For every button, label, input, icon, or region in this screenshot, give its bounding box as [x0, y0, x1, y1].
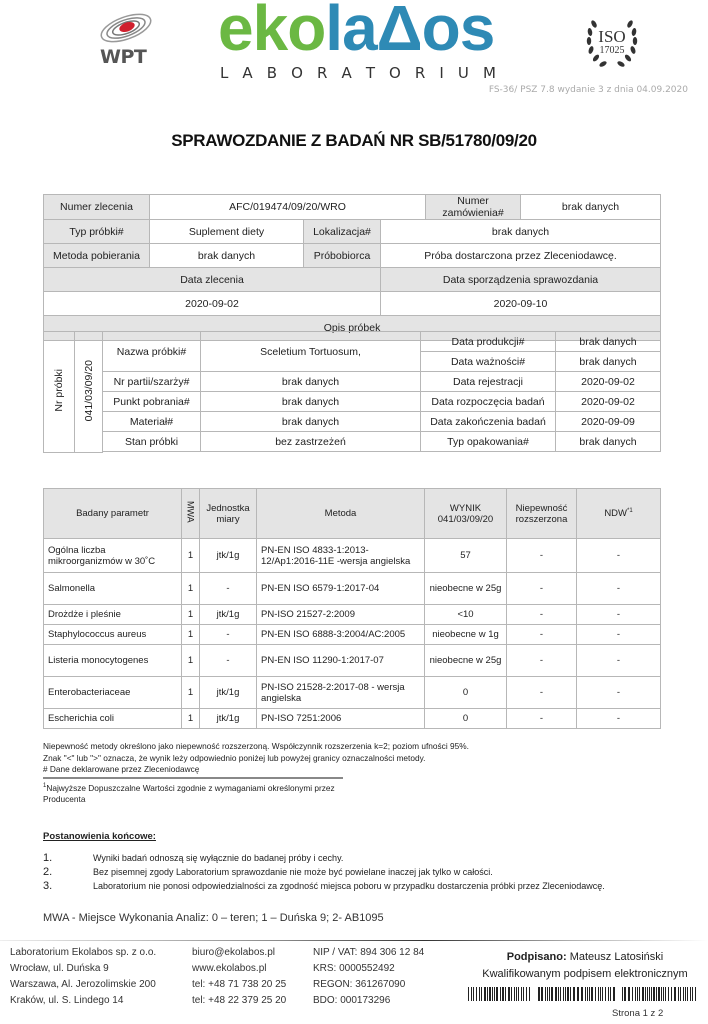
cell-ndw: -: [577, 625, 661, 645]
sampling-method-label: Metoda pobierania: [44, 244, 150, 268]
result-row: Staphylococcus aureus1-PN-EN ISO 6888-3:…: [44, 625, 661, 645]
iso-label: ISO: [582, 27, 642, 47]
order-date-label: Data zlecenia: [44, 268, 381, 292]
purchase-order-number: brak danych: [521, 195, 661, 220]
signature-note: Kwalifikowanym podpisem elektronicznym: [462, 966, 708, 983]
result-row: Drożdże i pleśnie1jtk/1gPN-ISO 21527-2:2…: [44, 605, 661, 625]
packaging-type-label: Typ opakowania#: [421, 432, 556, 452]
provision-number: 2.: [43, 865, 93, 879]
brand-subtitle-letter: R: [317, 64, 327, 82]
cell-result: nieobecne w 1g: [425, 625, 507, 645]
packaging-type: brak danych: [556, 432, 661, 452]
cell-ndw: -: [577, 573, 661, 605]
header-uncertainty: Niepewność rozszerzona: [507, 489, 577, 539]
order-info-table: Numer zlecenia AFC/019474/09/20/WRO Nume…: [43, 194, 661, 341]
footnote-text: Najwyższe Dopuszczalne Wartości zgodnie …: [43, 782, 335, 804]
footer-line: biuro@ekolabos.pl: [192, 945, 286, 961]
provision-number: 3.: [43, 879, 93, 893]
brand-subtitle-letter: B: [267, 64, 277, 82]
brand-subtitle-letter: M: [483, 64, 496, 82]
expiry-date: brak danych: [556, 352, 661, 372]
brand-blue: laΔos: [325, 0, 494, 64]
production-date: brak danych: [556, 332, 661, 352]
final-provisions-list: 1.Wyniki badań odnoszą się wyłącznie do …: [43, 851, 683, 893]
header-unit: Jednostka miary: [200, 489, 257, 539]
cell-parameter: Ogólna liczba mikroorganizmów w 30˚C: [44, 539, 182, 573]
header-ndw-sup: *1: [627, 508, 633, 514]
provision-text: Laboratorium nie ponosi odpowiedzialnośc…: [93, 879, 605, 893]
sample-number: 041/03/09/20: [75, 332, 103, 453]
cell-ndw: -: [577, 539, 661, 573]
results-table: Badany parametr MWA Jednostka miary Meto…: [43, 488, 661, 729]
sampler-label: Próbobiorca: [304, 244, 381, 268]
cell-uncertainty: -: [507, 539, 577, 573]
header-result-title: WYNIK: [450, 503, 481, 514]
cell-parameter: Staphylococcus aureus: [44, 625, 182, 645]
brand-subtitle: LABORATORIUM: [220, 64, 496, 82]
cell-result: 57: [425, 539, 507, 573]
cell-uncertainty: -: [507, 625, 577, 645]
cell-unit: -: [200, 573, 257, 605]
brand-subtitle-letter: L: [220, 64, 228, 82]
production-date-label: Data produkcji#: [421, 332, 556, 352]
sample-name: Sceletium Tortuosum,: [201, 332, 421, 372]
wpt-logo: WPT: [96, 8, 156, 70]
cell-method: PN-EN ISO 11290-1:2017-07: [257, 645, 425, 677]
signature-barcode: [468, 987, 696, 1001]
registration-date: 2020-09-02: [556, 372, 661, 392]
material-label: Materiał#: [103, 412, 201, 432]
cell-method: PN-EN ISO 6579-1:2017-04: [257, 573, 425, 605]
cell-mwa: 1: [182, 709, 200, 729]
order-number: AFC/019474/09/20/WRO: [150, 195, 426, 220]
batch-number: brak danych: [201, 372, 421, 392]
header-mwa: MWA: [182, 489, 200, 539]
batch-number-label: Nr partii/szarży#: [103, 372, 201, 392]
report-date: 2020-09-10: [381, 292, 661, 316]
footer-line: REGON: 361267090: [313, 977, 424, 993]
brand-subtitle-letter: R: [415, 64, 425, 82]
footer-line: NIP / VAT: 894 306 12 84: [313, 945, 424, 961]
sampling-point-label: Punkt pobrania#: [103, 392, 201, 412]
cell-result: 0: [425, 709, 507, 729]
result-row: Listeria monocytogenes1-PN-EN ISO 11290-…: [44, 645, 661, 677]
brand-subtitle-letter: O: [291, 64, 303, 82]
sample-name-label: Nazwa próbki#: [103, 332, 201, 372]
brand-green: eko: [218, 0, 325, 64]
cell-unit: jtk/1g: [200, 605, 257, 625]
test-start-date: 2020-09-02: [556, 392, 661, 412]
header-result-sample: 041/03/09/20: [438, 514, 493, 525]
footer-line: www.ekolabos.pl: [192, 961, 286, 977]
footer-contact: biuro@ekolabos.plwww.ekolabos.pltel: +48…: [192, 945, 286, 1009]
cell-mwa: 1: [182, 645, 200, 677]
cell-unit: jtk/1g: [200, 539, 257, 573]
cell-parameter: Escherichia coli: [44, 709, 182, 729]
cell-parameter: Salmonella: [44, 573, 182, 605]
iso-number: 17025: [582, 45, 642, 56]
cell-ndw: -: [577, 677, 661, 709]
cell-parameter: Listeria monocytogenes: [44, 645, 182, 677]
result-row: Enterobacteriaceae1jtk/1gPN-ISO 21528-2:…: [44, 677, 661, 709]
header-mwa-text: MWA: [186, 501, 196, 523]
footer-line: tel: +48 22 379 25 20: [192, 993, 286, 1009]
footer-line: Laboratorium Ekolabos sp. z o.o.: [10, 945, 156, 961]
brand-subtitle-letter: U: [458, 64, 469, 82]
sampling-method: brak danych: [150, 244, 304, 268]
signer-name: Mateusz Latosiński: [570, 951, 664, 963]
sample-type: Suplement diety: [150, 220, 304, 244]
sample-number-label-text: Nr próbki: [53, 369, 65, 412]
footer-registry: NIP / VAT: 894 306 12 84KRS: 0000552492R…: [313, 945, 424, 1009]
iso-17025-logo: ISO 17025: [582, 10, 642, 72]
footer-address: Laboratorium Ekolabos sp. z o.o.Wrocław,…: [10, 945, 156, 1009]
cell-result: <10: [425, 605, 507, 625]
cell-ndw: -: [577, 709, 661, 729]
sampler: Próba dostarczona przez Zleceniodawcę.: [381, 244, 661, 268]
footer-line: KRS: 0000552492: [313, 961, 424, 977]
cell-unit: -: [200, 625, 257, 645]
cell-method: PN-ISO 21527-2:2009: [257, 605, 425, 625]
document-code: FS-36/ PSZ 7.8 wydanie 3 z dnia 04.09.20…: [489, 85, 688, 95]
cell-mwa: 1: [182, 625, 200, 645]
notes: Niepewność metody określono jako niepewn…: [43, 741, 660, 805]
brand-subtitle-letter: A: [242, 64, 252, 82]
header-ndw-text: NDW: [604, 508, 627, 519]
cell-unit: jtk/1g: [200, 709, 257, 729]
registration-date-label: Data rejestracji: [421, 372, 556, 392]
note-sign: Znak "<" lub ">" oznacza, że wynik leży …: [43, 753, 660, 765]
cell-parameter: Drożdże i pleśnie: [44, 605, 182, 625]
cell-result: 0: [425, 677, 507, 709]
ekolabos-logo: ekolaΔos LABORATORIUM: [218, 2, 496, 90]
final-provisions-title: Postanowienia końcowe:: [43, 831, 156, 842]
wpt-swirl-icon: [96, 8, 156, 48]
cell-ndw: -: [577, 605, 661, 625]
provision-text: Bez pisemnej zgody Laboratorium sprawozd…: [93, 865, 493, 879]
provision-number: 1.: [43, 851, 93, 865]
note-declared: # Dane deklarowane przez Zleceniodawcę: [43, 764, 660, 776]
header-result: WYNIK041/03/09/20: [425, 489, 507, 539]
sample-condition: bez zastrzeżeń: [201, 432, 421, 452]
cell-mwa: 1: [182, 539, 200, 573]
sample-condition-label: Stan próbki: [103, 432, 201, 452]
provision-item: 1.Wyniki badań odnoszą się wyłącznie do …: [43, 851, 683, 865]
cell-parameter: Enterobacteriaceae: [44, 677, 182, 709]
expiry-date-label: Data ważności#: [421, 352, 556, 372]
result-row: Salmonella1-PN-EN ISO 6579-1:2017-04nieo…: [44, 573, 661, 605]
brand-subtitle-letter: A: [341, 64, 351, 82]
location-label: Lokalizacja#: [304, 220, 381, 244]
cell-ndw: -: [577, 645, 661, 677]
cell-uncertainty: -: [507, 573, 577, 605]
result-row: Ogólna liczba mikroorganizmów w 30˚C1jtk…: [44, 539, 661, 573]
footer-line: Kraków, ul. S. Lindego 14: [10, 993, 156, 1009]
sample-info-table: Nr próbki 041/03/09/20 Nazwa próbki# Sce…: [43, 331, 661, 453]
test-end-date-label: Data zakończenia badań: [421, 412, 556, 432]
location: brak danych: [381, 220, 661, 244]
cell-uncertainty: -: [507, 645, 577, 677]
note-uncertainty: Niepewność metody określono jako niepewn…: [43, 741, 660, 753]
brand-subtitle-letter: T: [366, 64, 375, 82]
provision-item: 3.Laboratorium nie ponosi odpowiedzialno…: [43, 879, 683, 893]
cell-mwa: 1: [182, 605, 200, 625]
report-date-label: Data sporządzenia sprawozdania: [381, 268, 661, 292]
result-row: Escherichia coli1jtk/1gPN-ISO 7251:20060…: [44, 709, 661, 729]
cell-result: nieobecne w 25g: [425, 573, 507, 605]
brand-subtitle-letter: I: [439, 64, 443, 82]
cell-result: nieobecne w 25g: [425, 645, 507, 677]
footnote: 1Najwyższe Dopuszczalne Wartości zgodnie…: [43, 777, 343, 806]
mwa-legend: MWA - Miejsce Wykonania Analiz: 0 – tere…: [43, 912, 384, 924]
provision-item: 2.Bez pisemnej zgody Laboratorium sprawo…: [43, 865, 683, 879]
provision-text: Wyniki badań odnoszą się wyłącznie do ba…: [93, 851, 343, 865]
purchase-order-label: Numer zamówienia#: [426, 195, 521, 220]
page-number: Strona 1 z 2: [612, 1008, 663, 1019]
brand-name: ekolaΔos: [218, 0, 494, 60]
header-parameter: Badany parametr: [44, 489, 182, 539]
brand-subtitle-letter: O: [389, 64, 401, 82]
footer-divider: [0, 940, 708, 941]
signed-label: Podpisano:: [507, 951, 567, 963]
cell-unit: jtk/1g: [200, 677, 257, 709]
cell-method: PN-EN ISO 6888-3:2004/AC:2005: [257, 625, 425, 645]
footer-line: tel: +48 71 738 20 25: [192, 977, 286, 993]
sampling-point: brak danych: [201, 392, 421, 412]
order-number-label: Numer zlecenia: [44, 195, 150, 220]
signature-block: Podpisano: Mateusz Latosiński Kwalifikow…: [462, 949, 708, 983]
sample-number-label: Nr próbki: [44, 332, 75, 453]
test-end-date: 2020-09-09: [556, 412, 661, 432]
footer-line: Wrocław, ul. Duńska 9: [10, 961, 156, 977]
cell-unit: -: [200, 645, 257, 677]
header-method: Metoda: [257, 489, 425, 539]
sample-number-text: 041/03/09/20: [83, 360, 95, 421]
report-title: SPRAWOZDANIE Z BADAŃ NR SB/51780/09/20: [0, 131, 708, 151]
cell-uncertainty: -: [507, 605, 577, 625]
material: brak danych: [201, 412, 421, 432]
cell-mwa: 1: [182, 573, 200, 605]
wpt-logo-text: WPT: [100, 46, 146, 68]
cell-method: PN-EN ISO 4833-1:2013-12/Ap1:2016-11E -w…: [257, 539, 425, 573]
cell-uncertainty: -: [507, 709, 577, 729]
order-date: 2020-09-02: [44, 292, 381, 316]
cell-method: PN-ISO 7251:2006: [257, 709, 425, 729]
footer-line: Warszawa, Al. Jerozolimskie 200: [10, 977, 156, 993]
footer-line: BDO: 000173296: [313, 993, 424, 1009]
header-ndw: NDW*1: [577, 489, 661, 539]
sample-type-label: Typ próbki#: [44, 220, 150, 244]
cell-mwa: 1: [182, 677, 200, 709]
cell-uncertainty: -: [507, 677, 577, 709]
test-start-date-label: Data rozpoczęcia badań: [421, 392, 556, 412]
cell-method: PN-ISO 21528-2:2017-08 - wersja angielsk…: [257, 677, 425, 709]
